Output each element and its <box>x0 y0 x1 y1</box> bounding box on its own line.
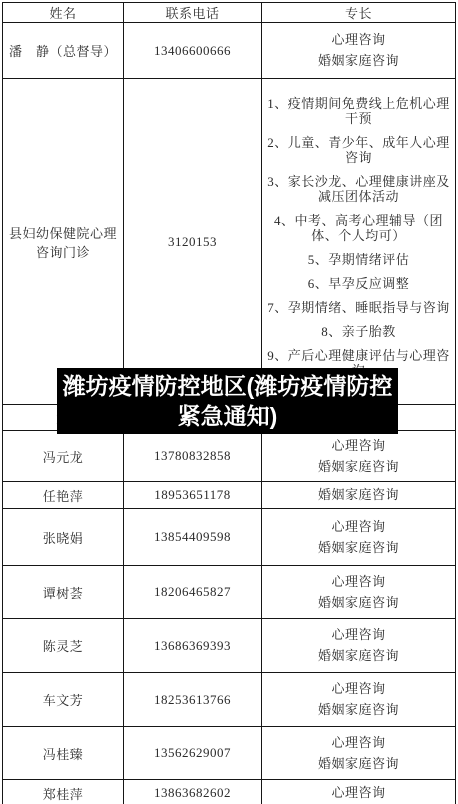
header-phone: 联系电话 <box>124 3 262 23</box>
article-title-line: 潍坊疫情防控地区(潍坊疫情防控 <box>57 371 398 401</box>
specialty-item: 7、孕期情绪、睡眠指导与咨询 <box>262 300 455 315</box>
table-row: 冯元龙 13780832858 心理咨询 婚姻家庭咨询 <box>3 431 456 482</box>
specialty-line: 心理咨询 <box>262 438 455 454</box>
phone-cell: 18953651178 <box>124 482 262 509</box>
table-row: 潘 静（总督导） 13406600666 心理咨询 婚姻家庭咨询 <box>3 23 456 79</box>
page: { "colors": { "page_background": "#fffff… <box>0 0 458 804</box>
specialty-line: 婚姻家庭咨询 <box>262 53 455 69</box>
phone-cell: 13686369393 <box>124 619 262 673</box>
specialty-line: 心理咨询 <box>262 519 455 535</box>
specialty-item: 1、疫情期间免费线上危机心理干预 <box>262 96 455 126</box>
specialty-item: 6、早孕反应调整 <box>262 276 455 291</box>
article-title-overlay: 潍坊疫情防控地区(潍坊疫情防控 紧急通知) <box>57 368 398 434</box>
table-row: 冯桂臻 13562629007 心理咨询 婚姻家庭咨询 <box>3 727 456 780</box>
specialty-cell: 心理咨询 婚姻家庭咨询 <box>262 431 456 482</box>
specialty-cell: 心理咨询 婚姻家庭咨询 <box>262 673 456 727</box>
specialty-line: 心理咨询 <box>262 627 455 643</box>
specialty-line: 心理咨询 <box>262 574 455 590</box>
name-cell: 车文芳 <box>3 673 124 727</box>
name-cell: 冯元龙 <box>3 431 124 482</box>
phone-cell: 18206465827 <box>124 566 262 619</box>
header-specialty: 专长 <box>262 3 456 23</box>
table-row: 县妇幼保健院心理咨询门诊 3120153 1、疫情期间免费线上危机心理干预 2、… <box>3 79 456 405</box>
table-row: 张晓娟 13854409598 心理咨询 婚姻家庭咨询 <box>3 509 456 566</box>
specialty-line: 婚姻家庭咨询 <box>262 595 455 611</box>
specialty-line: 婚姻家庭咨询 <box>262 540 455 556</box>
name-cell: 张晓娟 <box>3 509 124 566</box>
name-cell: 陈灵芝 <box>3 619 124 673</box>
specialty-line: 婚姻家庭咨询 <box>262 648 455 664</box>
specialty-item: 3、家长沙龙、心理健康讲座及减压团体活动 <box>262 174 455 204</box>
table-header-row: 姓名 联系电话 专长 <box>3 3 456 23</box>
specialty-cell: 婚姻家庭咨询 <box>262 482 456 509</box>
name-cell: 潘 静（总督导） <box>3 23 124 79</box>
phone-cell: 13780832858 <box>124 431 262 482</box>
specialty-line: 婚姻家庭咨询 <box>262 459 455 475</box>
table-row: 谭树荟 18206465827 心理咨询 婚姻家庭咨询 <box>3 566 456 619</box>
specialty-cell: 心理咨询 婚姻家庭咨询 <box>262 566 456 619</box>
table-row: 陈灵芝 13686369393 心理咨询 婚姻家庭咨询 <box>3 619 456 673</box>
table-row: 郑桂萍 13863682602 心理咨询 <box>3 780 456 804</box>
name-cell: 任艳萍 <box>3 482 124 509</box>
specialty-cell: 心理咨询 婚姻家庭咨询 <box>262 23 456 79</box>
specialty-line: 婚姻家庭咨询 <box>262 487 455 503</box>
name-cell: 谭树荟 <box>3 566 124 619</box>
phone-cell: 13562629007 <box>124 727 262 780</box>
phone-cell: 13854409598 <box>124 509 262 566</box>
phone-cell: 3120153 <box>124 79 262 405</box>
name-cell: 冯桂臻 <box>3 727 124 780</box>
article-title-line: 紧急通知) <box>57 401 398 431</box>
table-row: 车文芳 18253613766 心理咨询 婚姻家庭咨询 <box>3 673 456 727</box>
specialty-line: 心理咨询 <box>262 735 455 751</box>
specialty-line: 婚姻家庭咨询 <box>262 702 455 718</box>
phone-cell: 13863682602 <box>124 780 262 804</box>
specialty-item: 4、中考、高考心理辅导（团体、个人均可） <box>262 213 455 243</box>
name-cell: 县妇幼保健院心理咨询门诊 <box>3 79 124 405</box>
specialty-item: 5、孕期情绪评估 <box>262 252 455 267</box>
table-row: 任艳萍 18953651178 婚姻家庭咨询 <box>3 482 456 509</box>
header-name: 姓名 <box>3 3 124 23</box>
specialty-cell: 心理咨询 婚姻家庭咨询 <box>262 509 456 566</box>
specialty-cell: 心理咨询 <box>262 780 456 804</box>
specialty-line: 心理咨询 <box>262 681 455 697</box>
specialty-cell: 心理咨询 婚姻家庭咨询 <box>262 619 456 673</box>
specialty-item: 2、儿童、青少年、成年人心理咨询 <box>262 135 455 165</box>
specialty-line: 心理咨询 <box>262 32 455 48</box>
specialty-cell: 1、疫情期间免费线上危机心理干预 2、儿童、青少年、成年人心理咨询 3、家长沙龙… <box>262 79 456 405</box>
specialty-cell: 心理咨询 婚姻家庭咨询 <box>262 727 456 780</box>
name-cell: 郑桂萍 <box>3 780 124 804</box>
specialty-item: 8、亲子胎教 <box>262 324 455 339</box>
phone-cell: 18253613766 <box>124 673 262 727</box>
phone-cell: 13406600666 <box>124 23 262 79</box>
specialty-line: 心理咨询 <box>262 785 455 801</box>
specialty-line: 婚姻家庭咨询 <box>262 756 455 772</box>
